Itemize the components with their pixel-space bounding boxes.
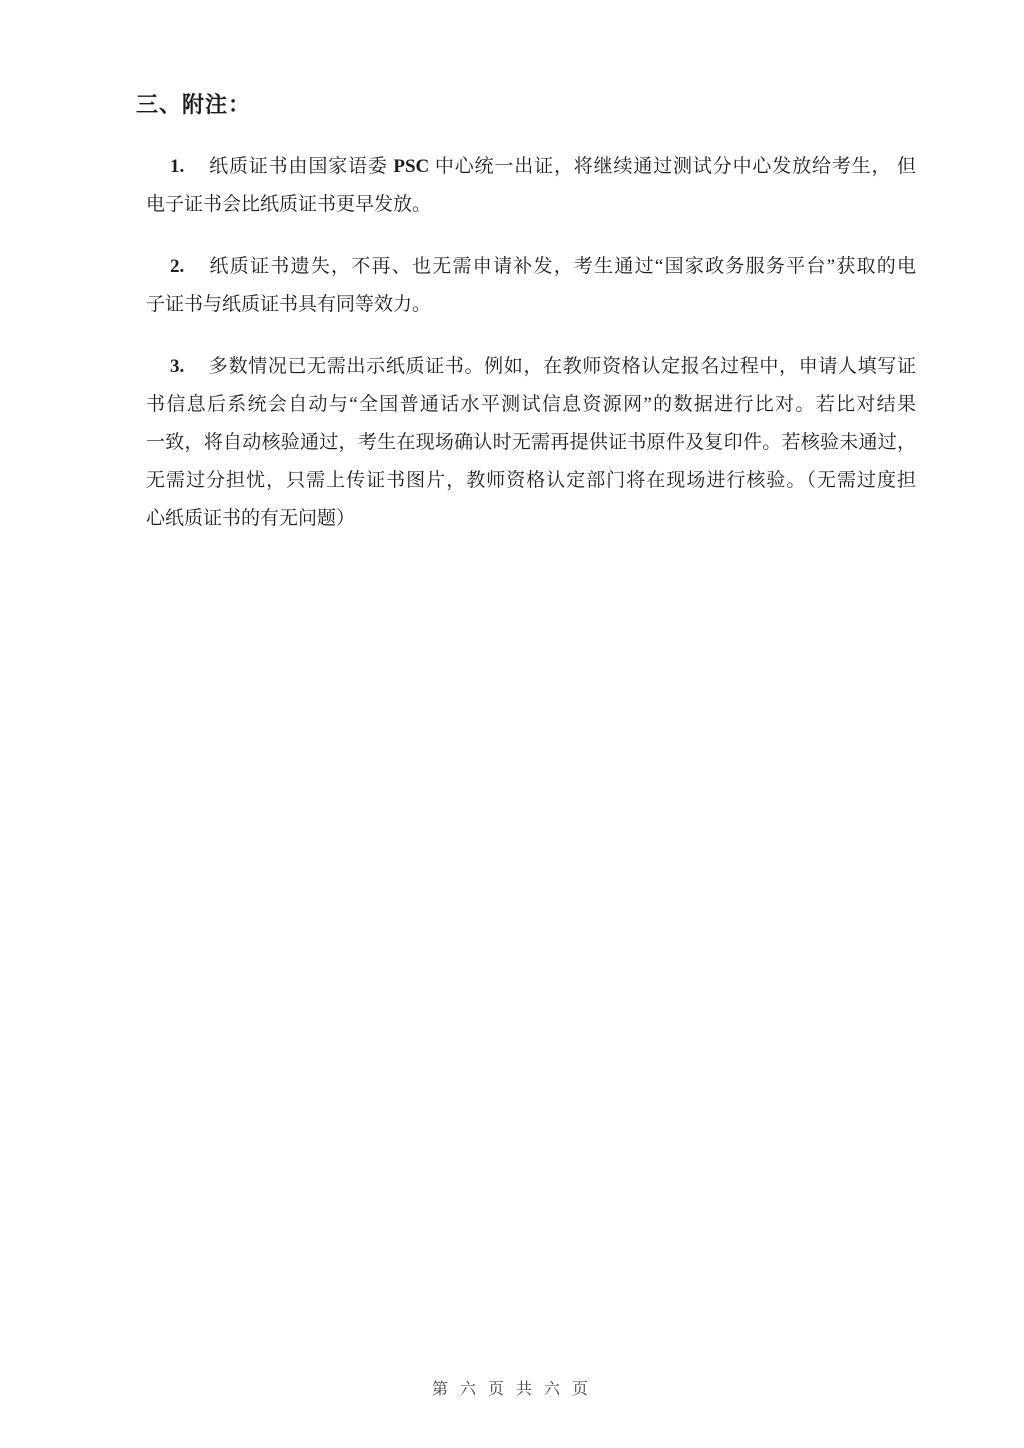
note-line: 无需过分担忧，只需上传证书图片，教师资格认定部门将在现场进行核验。（无需过度担 xyxy=(146,462,916,500)
note-line: 子证书与纸质证书具有同等效力。 xyxy=(146,286,916,324)
note-number: 3. xyxy=(170,356,184,377)
note-text-segment: 心纸质证书的有无问题） xyxy=(146,508,355,529)
note-line: 2.纸质证书遗失，不再、也无需申请补发，考生通过“国家政务服务平台”获取的电 xyxy=(146,248,916,286)
note-text-segment: 中心统一出证，将继续通过测试分中心发放给考生， 但 xyxy=(429,156,916,177)
section-heading: 三、附注： xyxy=(136,90,916,120)
note-line: 心纸质证书的有无问题） xyxy=(146,500,916,538)
note-paragraph: 1.纸质证书由国家语委 PSC 中心统一出证，将继续通过测试分中心发放给考生， … xyxy=(146,148,916,224)
document-content: 三、附注： 1.纸质证书由国家语委 PSC 中心统一出证，将继续通过测试分中心发… xyxy=(136,90,916,538)
note-text-segment: 子证书与纸质证书具有同等效力。 xyxy=(146,294,431,315)
note-text-segment: 多数情况已无需出示纸质证书。例如，在教师资格认定报名过程中，申请人填写证 xyxy=(208,356,916,377)
note-paragraph: 2.纸质证书遗失，不再、也无需申请补发，考生通过“国家政务服务平台”获取的电子证… xyxy=(146,248,916,324)
note-text-segment: 电子证书会比纸质证书更早发放。 xyxy=(146,194,431,215)
page-number-label: 第 六 页 共 六 页 xyxy=(432,1381,592,1398)
note-line: 3.多数情况已无需出示纸质证书。例如，在教师资格认定报名过程中，申请人填写证 xyxy=(146,348,916,386)
note-number: 1. xyxy=(170,156,184,177)
notes-list: 1.纸质证书由国家语委 PSC 中心统一出证，将继续通过测试分中心发放给考生， … xyxy=(136,148,916,538)
note-line: 1.纸质证书由国家语委 PSC 中心统一出证，将继续通过测试分中心发放给考生， … xyxy=(146,148,916,186)
page-footer: 第 六 页 共 六 页 xyxy=(0,1376,1024,1399)
note-number: 2. xyxy=(170,256,184,277)
note-text-segment: 无需过分担忧，只需上传证书图片，教师资格认定部门将在现场进行核验。（无需过度担 xyxy=(146,470,916,491)
note-text-segment: 纸质证书由国家语委 xyxy=(208,156,393,177)
note-line: 书信息后系统会自动与“全国普通话水平测试信息资源网”的数据进行比对。若比对结果 xyxy=(146,386,916,424)
note-text-segment: PSC xyxy=(393,156,429,177)
note-paragraph: 3.多数情况已无需出示纸质证书。例如，在教师资格认定报名过程中，申请人填写证书信… xyxy=(146,348,916,538)
note-text-segment: 纸质证书遗失，不再、也无需申请补发，考生通过“国家政务服务平台”获取的电 xyxy=(208,256,916,277)
note-line: 电子证书会比纸质证书更早发放。 xyxy=(146,186,916,224)
note-line: 一致，将自动核验通过，考生在现场确认时无需再提供证书原件及复印件。若核验未通过， xyxy=(146,424,916,462)
note-text-segment: 一致，将自动核验通过，考生在现场确认时无需再提供证书原件及复印件。若核验未通过， xyxy=(146,432,916,453)
document-page: 三、附注： 1.纸质证书由国家语委 PSC 中心统一出证，将继续通过测试分中心发… xyxy=(0,0,1024,1448)
note-text-segment: 书信息后系统会自动与“全国普通话水平测试信息资源网”的数据进行比对。若比对结果 xyxy=(146,394,916,415)
